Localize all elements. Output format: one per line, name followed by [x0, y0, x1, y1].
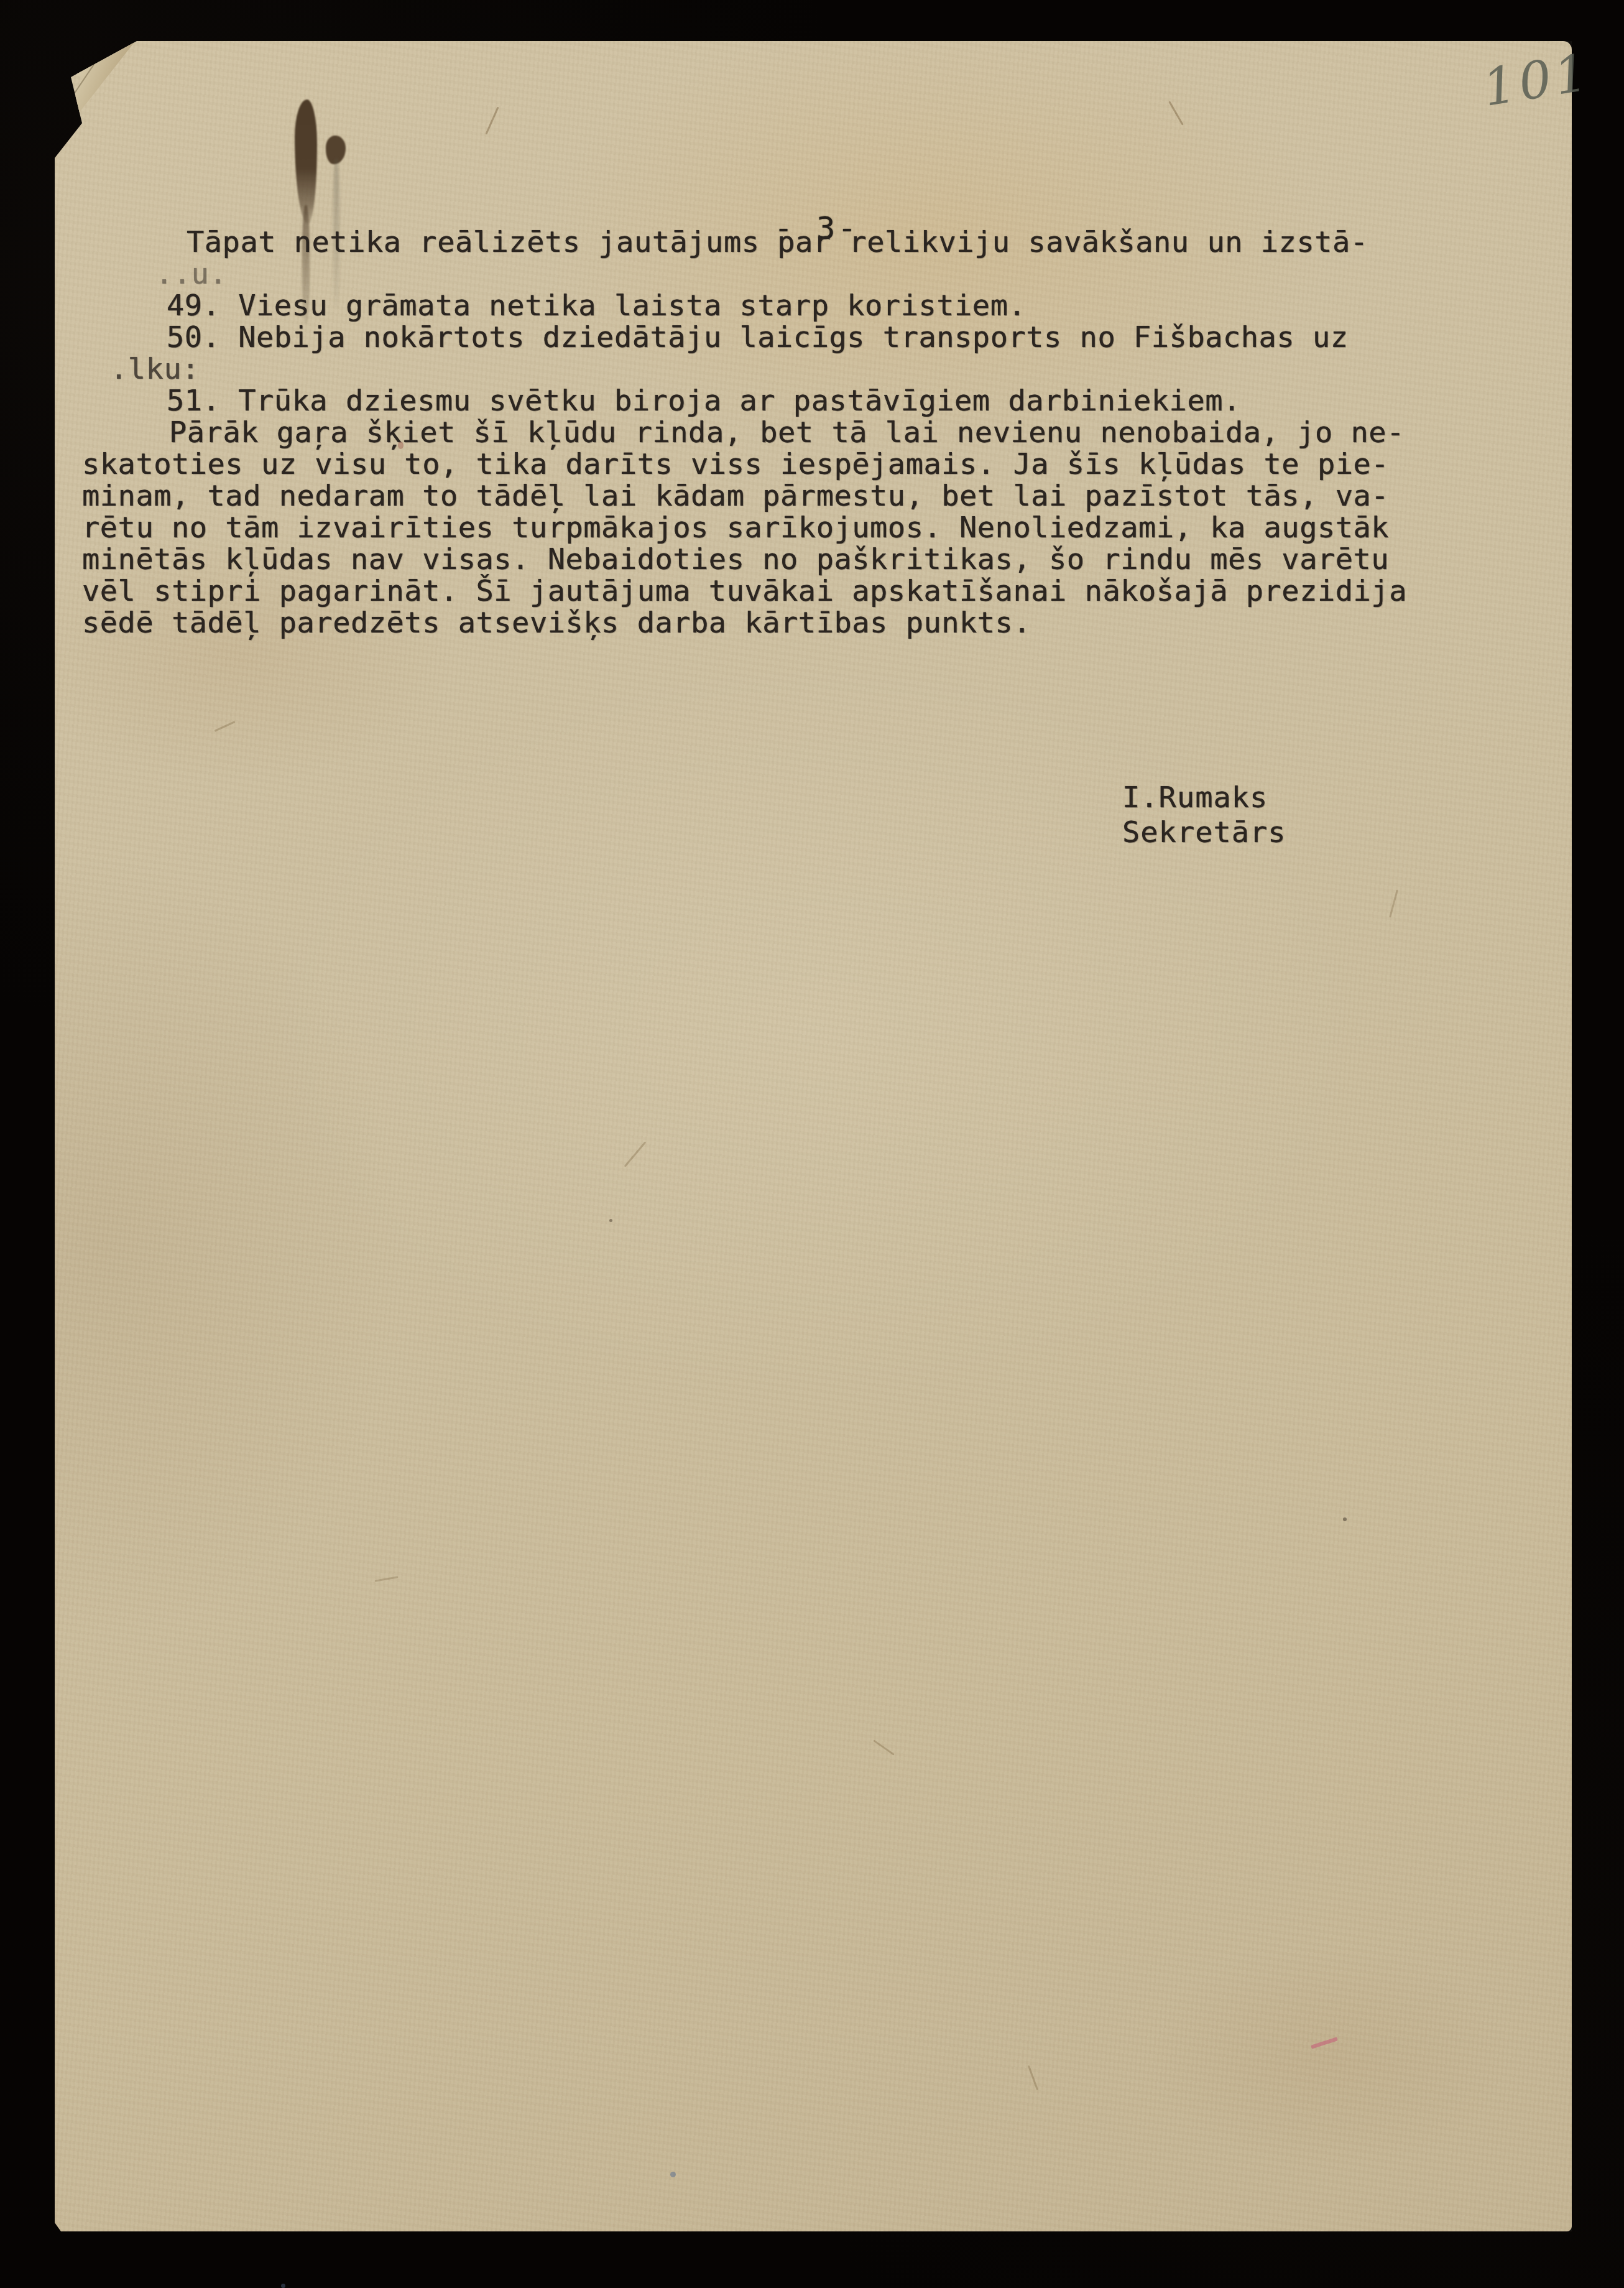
- typewritten-line: rētu no tām izvairīties turpmākajos sarī…: [82, 512, 1469, 544]
- typewritten-line: vēl stipri pagarināt. Šī jautājuma tuvāk…: [82, 575, 1469, 607]
- typewritten-text-block: Tāpat netika reālizēts jautājums par rel…: [82, 226, 1469, 639]
- typewritten-line-fragment: ..u.: [82, 258, 1469, 290]
- typewritten-line-item-51: 51. Trūka dziesmu svētku biroja ar pastā…: [82, 385, 1469, 417]
- signature-name: I.Rumaks: [1122, 780, 1286, 815]
- typewritten-line-item-50: 50. Nebija nokārtots dziedātāju laicīgs …: [82, 322, 1469, 353]
- typewritten-line: Tāpat netika reālizēts jautājums par rel…: [82, 226, 1469, 258]
- typewritten-line: minētās kļūdas nav visas. Nebaidoties no…: [82, 544, 1469, 575]
- typewritten-line: minam, tad nedaram to tādēļ lai kādam pā…: [82, 480, 1469, 512]
- corner-fold: [61, 42, 154, 137]
- scan-backdrop: 101 - 3- Tāpat netika reālizēts jautājum…: [0, 0, 1624, 2287]
- typewritten-line: skatoties uz visu to, tika darīts viss i…: [82, 448, 1469, 480]
- typewritten-line: sēdē tādēļ paredzēts atsevišķs darba kār…: [82, 607, 1469, 639]
- signature-block: I.Rumaks Sekretārs: [1122, 780, 1286, 850]
- typewritten-line-fragment: .lku:: [82, 353, 1469, 385]
- typewritten-line-item-49: 49. Viesu grāmata netika laista starp ko…: [82, 290, 1469, 322]
- typewritten-line: Pārāk gaŗa šķiet šī kļūdu rinda, bet tā …: [82, 417, 1469, 448]
- signature-title: Sekretārs: [1122, 815, 1286, 850]
